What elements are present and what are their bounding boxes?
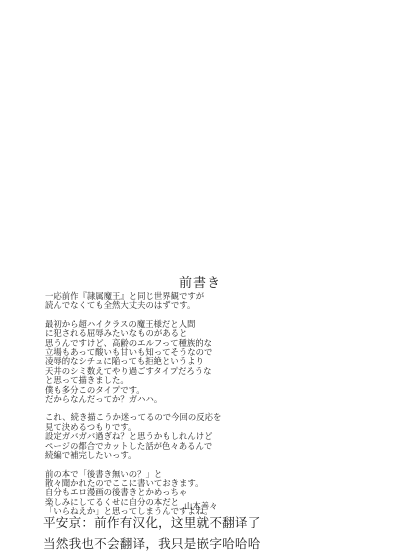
- paragraph-1: 一応前作『隷属魔王』と同じ世界観ですが 読んでなくても全然大丈夫のはずです。: [45, 292, 275, 311]
- translator-note-line-1: 平安京：前作有汉化，这里就不翻译了: [43, 512, 261, 531]
- page-title: 前書き: [0, 272, 400, 291]
- paragraph-4: 前の本で「後書き無いの？」と 散々聞かれたのでここに書いておきます。 自分もエロ…: [45, 470, 275, 517]
- paragraph-3: これ、続き描こうか迷ってるので今回の反応を 見て決めるつもりです。 設定ガバガバ…: [45, 413, 275, 460]
- text-line: 続編で補完したいっす。: [45, 451, 275, 460]
- text-line: 読んでなくても全然大丈夫のはずです。: [45, 301, 275, 310]
- afterword-body: 一応前作『隷属魔王』と同じ世界観ですが 読んでなくても全然大丈夫のはずです。 最…: [45, 292, 275, 526]
- text-line: だからなんだってか？ガハハ。: [45, 395, 275, 404]
- author-signature: 山本善々: [184, 500, 218, 512]
- translator-note-line-2: 当然我也不会翻译，我只是嵌字哈哈哈: [43, 533, 261, 552]
- paragraph-2: 最初から超ハイクラスの魔王様だと人間 に犯される屈辱みたいなものがあると 思うん…: [45, 320, 275, 405]
